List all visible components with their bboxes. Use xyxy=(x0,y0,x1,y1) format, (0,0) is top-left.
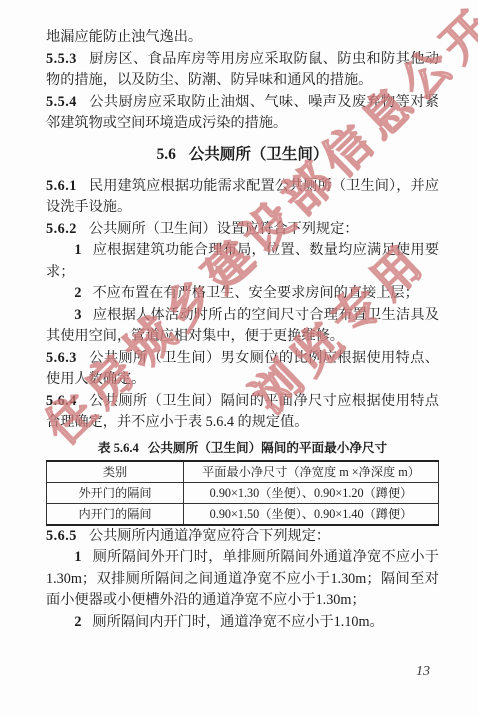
section-heading-5-6: 5.6公共厕所（卫生间） xyxy=(46,144,439,166)
clause-text: 公共厕所（卫生间）设置应符合下列规定： xyxy=(89,221,359,237)
item-number: 1 xyxy=(74,549,81,565)
column-header-category: 类别 xyxy=(47,461,184,483)
item-number: 1 xyxy=(74,242,81,258)
list-item-3: 3应根据人体活动时所占的空间尺寸合理布置卫生洁具及其使用空间，管道应相对集中，便… xyxy=(46,305,439,348)
document-body: 地漏应能防止浊气逸出。 5.5.3厨房区、食品库房等用房应采取防鼠、防虫和防其他… xyxy=(46,27,439,633)
item-text: 应根据人体活动时所占的空间尺寸合理布置卫生洁具及其使用空间，管道应相对集中，便于… xyxy=(46,307,439,345)
document-page: 地漏应能防止浊气逸出。 5.5.3厨房区、食品库房等用房应采取防鼠、防虫和防其他… xyxy=(0,0,478,715)
clause-5-6-1: 5.6.1民用建筑应根据功能需求配置公共厕所（卫生间），并应设洗手设施。 xyxy=(46,176,439,219)
clause-number: 5.5.3 xyxy=(46,51,77,67)
clause-text: 公共厕所内通道净宽应符合下列规定： xyxy=(89,528,330,544)
clause-text: 公共厕所（卫生间）男女厕位的比例应根据使用特点、使用人数确定。 xyxy=(46,350,439,388)
list-item-1: 1应根据建筑功能合理布局，位置、数量均应满足使用要求； xyxy=(46,240,439,283)
clause-number: 5.6.2 xyxy=(46,221,77,237)
list-item-2: 2不应布置在有严格卫生、安全要求房间的直接上层； xyxy=(46,283,439,305)
cell-category: 外开门的隔间 xyxy=(47,482,184,503)
column-header-dimensions: 平面最小净尺寸（净宽度 m ×净深度 m） xyxy=(184,461,439,483)
clause-5-6-3: 5.6.3公共厕所（卫生间）男女厕位的比例应根据使用特点、使用人数确定。 xyxy=(46,348,439,391)
cell-dimensions: 0.90×1.30（坐便）、0.90×1.20（蹲便） xyxy=(184,482,439,503)
clause-5-5-4: 5.5.4公共厨房应采取防止油烟、气味、噪声及废弃物等对紧邻建筑物或空间环境造成… xyxy=(46,92,439,135)
item-number: 2 xyxy=(74,614,81,630)
clause-5-6-4: 5.6.4公共厕所（卫生间）隔间的平面净尺寸应根据使用特点合理确定，并不应小于表… xyxy=(46,391,439,434)
page-number: 13 xyxy=(416,664,430,680)
clause-text: 民用建筑应根据功能需求配置公共厕所（卫生间），并应设洗手设施。 xyxy=(46,178,439,216)
item-text: 不应布置在有严格卫生、安全要求房间的直接上层； xyxy=(92,285,418,301)
item-text: 厕所隔间外开门时，单排厕所隔间外通道净宽不应小于1.30m；双排厕所隔间之间通道… xyxy=(46,549,439,608)
table-row: 内开门的隔间 0.90×1.50（坐便）、0.90×1.40（蹲便） xyxy=(47,503,439,525)
leading-line: 地漏应能防止浊气逸出。 xyxy=(46,27,439,49)
clause-text: 厨房区、食品库房等用房应采取防鼠、防虫和防其他动物的措施，以及防尘、防潮、防异味… xyxy=(46,51,439,89)
table-caption: 表 5.6.4公共厕所（卫生间）隔间的平面最小净尺寸 xyxy=(46,441,439,456)
table-5-6-4: 类别 平面最小净尺寸（净宽度 m ×净深度 m） 外开门的隔间 0.90×1.3… xyxy=(46,460,439,526)
clause-number: 5.6.4 xyxy=(46,393,77,409)
item-number: 2 xyxy=(74,285,81,301)
item-text: 应根据建筑功能合理布局，位置、数量均应满足使用要求； xyxy=(46,242,439,280)
cell-category: 内开门的隔间 xyxy=(47,503,184,525)
clause-5-6-2: 5.6.2公共厕所（卫生间）设置应符合下列规定： xyxy=(46,219,439,241)
clause-number: 5.5.4 xyxy=(46,94,77,110)
table-row: 外开门的隔间 0.90×1.30（坐便）、0.90×1.20（蹲便） xyxy=(47,482,439,503)
table-caption-number: 表 5.6.4 xyxy=(98,441,139,455)
cell-dimensions: 0.90×1.50（坐便）、0.90×1.40（蹲便） xyxy=(184,503,439,525)
clause-number: 5.6.1 xyxy=(46,178,77,194)
section-title: 公共厕所（卫生间） xyxy=(189,146,329,163)
section-number: 5.6 xyxy=(157,146,176,163)
clause-5-5-3: 5.5.3厨房区、食品库房等用房应采取防鼠、防虫和防其他动物的措施，以及防尘、防… xyxy=(46,49,439,92)
clause-number: 5.6.3 xyxy=(46,350,77,366)
clause-text: 公共厨房应采取防止油烟、气味、噪声及废弃物等对紧邻建筑物或空间环境造成污染的措施… xyxy=(46,94,439,132)
list-item-2: 2厕所隔间内开门时，通道净宽不应小于1.10m。 xyxy=(46,612,439,634)
clause-text: 公共厕所（卫生间）隔间的平面净尺寸应根据使用特点合理确定，并不应小于表 5.6.… xyxy=(46,393,439,431)
list-item-1: 1厕所隔间外开门时，单排厕所隔间外通道净宽不应小于1.30m；双排厕所隔间之间通… xyxy=(46,547,439,612)
table-caption-title: 公共厕所（卫生间）隔间的平面最小净尺寸 xyxy=(148,441,387,455)
clause-5-6-5: 5.6.5公共厕所内通道净宽应符合下列规定： xyxy=(46,526,439,548)
clause-number: 5.6.5 xyxy=(46,528,77,544)
item-text: 厕所隔间内开门时，通道净宽不应小于1.10m。 xyxy=(92,614,383,630)
table-header-row: 类别 平面最小净尺寸（净宽度 m ×净深度 m） xyxy=(47,461,439,483)
item-number: 3 xyxy=(74,307,81,323)
